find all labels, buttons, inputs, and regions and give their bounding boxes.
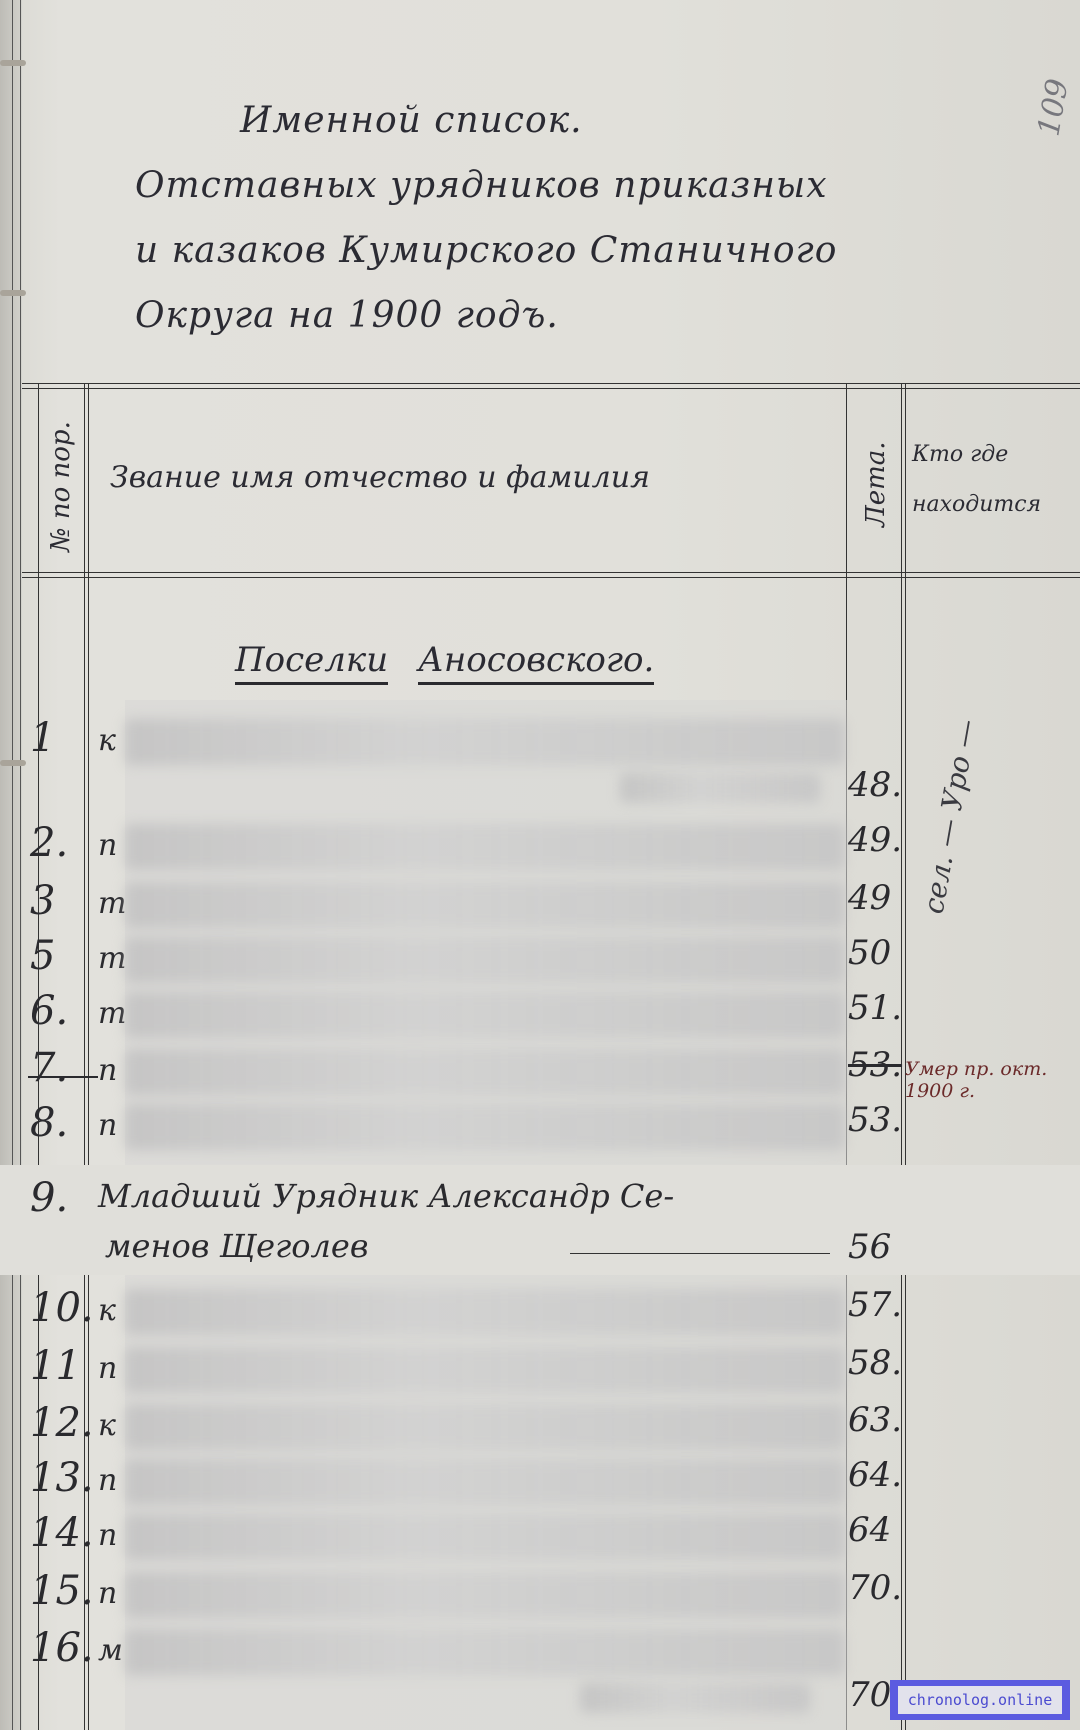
redacted-name	[125, 1104, 845, 1150]
row-number: 11	[30, 1343, 81, 1389]
row-rank: к	[98, 723, 116, 758]
row-number: 6.	[30, 988, 68, 1034]
section-heading-word-1: Поселки	[235, 640, 388, 685]
table-row: 8. п 53.	[0, 1100, 1080, 1160]
row-rank: т	[98, 886, 126, 921]
row-rank: т	[98, 941, 126, 976]
header-bottom-rule	[22, 577, 1080, 578]
table-top-rule	[22, 383, 1080, 384]
row-age: 53.	[848, 1045, 902, 1085]
table-top-rule	[22, 388, 1080, 389]
redacted-name	[125, 1049, 845, 1095]
redacted-name	[125, 1629, 845, 1675]
table-row: 13. п 64.	[0, 1455, 1080, 1515]
header-bottom-rule	[22, 572, 1080, 573]
table-row: 11 п 58.	[0, 1343, 1080, 1403]
row-age: 58.	[848, 1343, 902, 1383]
redacted-name	[125, 1347, 845, 1393]
row-rank: п	[98, 1108, 117, 1143]
title-line-2: Отставных урядников приказных	[135, 165, 828, 206]
row-rank: п	[98, 1463, 117, 1498]
row-rank: к	[98, 1408, 116, 1443]
table-row: 5 т 50	[0, 933, 1080, 993]
header-age: Лета.	[861, 427, 891, 527]
row-age: 50	[848, 933, 891, 973]
row-age: 49.	[848, 820, 902, 860]
row-number: 7.	[30, 1045, 68, 1091]
watermark-text: chronolog.online	[898, 1686, 1062, 1714]
redacted-name	[125, 719, 845, 765]
row-age: 63.	[848, 1400, 902, 1440]
row-rank: к	[98, 1293, 116, 1328]
binding-thread	[0, 60, 26, 66]
section-heading: ПоселкиАносовского.	[235, 640, 684, 680]
table-row: 10. к 57.	[0, 1285, 1080, 1345]
header-location: Кто где находится	[912, 430, 1077, 530]
row-age: 64	[848, 1510, 891, 1550]
redacted-name	[580, 1683, 810, 1713]
title-line-4: Округа на 1900 годъ.	[135, 295, 559, 336]
table-row: 15. п 70.	[0, 1568, 1080, 1628]
row-number: 12.	[30, 1400, 94, 1446]
redacted-name	[125, 937, 845, 983]
death-note: Умер пр. окт. 1900 г.	[905, 1058, 1080, 1102]
row-age: 57.	[848, 1285, 902, 1325]
row-name-line-1: Младший Урядник Александр Се-	[98, 1177, 674, 1215]
row-rank: п	[98, 1576, 117, 1611]
table-row: 3 т 49	[0, 878, 1080, 938]
header-number: № по пор.	[46, 402, 76, 552]
row-number: 16.	[30, 1625, 94, 1671]
redacted-name	[125, 824, 845, 870]
row-rank: п	[98, 828, 117, 863]
row-rank: м	[98, 1633, 123, 1668]
row-number: 2.	[30, 820, 68, 866]
row-number: 5	[30, 933, 55, 979]
header-name: Звание имя отчество и фамилия	[110, 460, 650, 495]
row-number: 13.	[30, 1455, 94, 1501]
row-age: 64.	[848, 1455, 902, 1495]
section-heading-word-2: Аносовского.	[418, 640, 654, 685]
row-age: 51.	[848, 988, 902, 1028]
row-age: 56	[848, 1227, 891, 1267]
row-number: 3	[30, 878, 55, 924]
redacted-name	[125, 1404, 845, 1450]
table-row-visible: 9. Младший Урядник Александр Се- менов Щ…	[0, 1165, 1080, 1275]
row-number: 8.	[30, 1100, 68, 1146]
title-line-1: Именной список.	[240, 100, 583, 141]
row-number: 1	[30, 715, 55, 761]
table-row: 1 к 48.	[0, 715, 1080, 775]
row-age: 70	[848, 1675, 891, 1715]
watermark-badge: chronolog.online	[890, 1680, 1070, 1720]
redacted-name	[125, 1572, 845, 1618]
document-page: 109 Именной список. Отставных урядников …	[0, 0, 1080, 1730]
table-row: 2. п 49.	[0, 820, 1080, 880]
redacted-name	[125, 1514, 845, 1560]
row-age: 48.	[848, 765, 902, 805]
folio-number: 109	[1031, 76, 1075, 138]
redacted-name	[125, 1459, 845, 1505]
table-row: 12. к 63.	[0, 1400, 1080, 1460]
row-age: 49	[848, 878, 891, 918]
row-number: 9.	[30, 1175, 68, 1221]
binding-thread	[0, 290, 26, 296]
row-age: 53.	[848, 1100, 902, 1140]
redacted-name	[125, 1289, 845, 1335]
row-rank: т	[98, 996, 126, 1031]
redacted-name	[620, 773, 820, 803]
redacted-name	[125, 992, 845, 1038]
row-rank: п	[98, 1053, 117, 1088]
row-rank: п	[98, 1351, 117, 1386]
row-rank: п	[98, 1518, 117, 1553]
strike-mark	[28, 1076, 98, 1078]
redacted-name	[125, 882, 845, 928]
table-row: 6. т 51.	[0, 988, 1080, 1048]
row-age: 70.	[848, 1568, 902, 1608]
title-line-3: и казаков Кумирского Станичного	[135, 230, 837, 271]
row-name-line-2: менов Щеголев	[105, 1227, 368, 1265]
row-number: 14.	[30, 1510, 94, 1556]
table-row: 14. п 64	[0, 1510, 1080, 1570]
fill-line	[570, 1253, 830, 1254]
row-number: 15.	[30, 1568, 94, 1614]
row-number: 10.	[30, 1285, 94, 1331]
